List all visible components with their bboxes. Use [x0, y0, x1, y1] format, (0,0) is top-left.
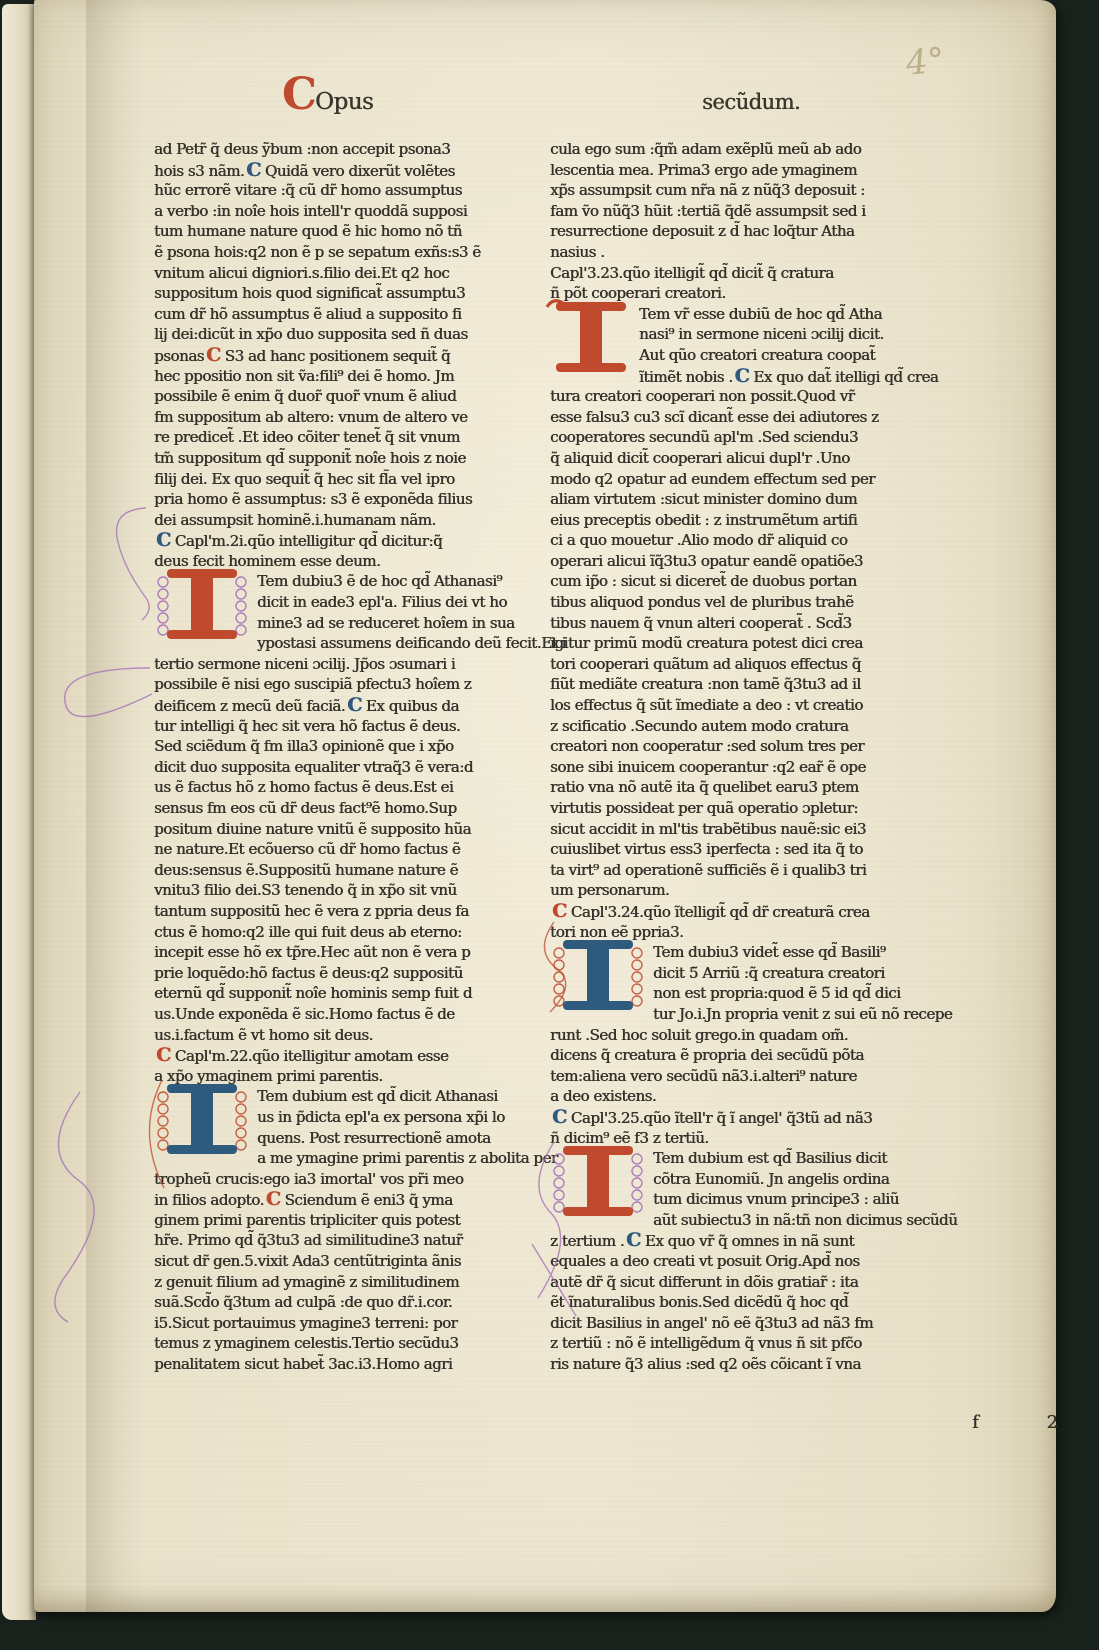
text-line: tibus aliquod pondus vel de pluribus tra…: [550, 592, 944, 613]
signature-number: 2: [1047, 1412, 1058, 1433]
text-line: dicens q̃ creatura ẽ propria dei secũdũ …: [550, 1045, 944, 1066]
text-line: ris nature q̃3 alius :sed q2 oẽs cõicant…: [550, 1354, 944, 1375]
decorated-initial-I: [550, 1148, 646, 1210]
text-line: z genuit filium ad ymaginẽ z similitudin…: [154, 1272, 548, 1293]
text-line: autẽ dr̃ q̃ sicut differunt in dõis grat…: [550, 1272, 944, 1293]
text-line: cooperatores secundũ apl'm .Sed sciendu3: [550, 427, 944, 448]
text-line: sensus fm eos cũ dr̃ deus fact⁹ẽ homo.Su…: [154, 798, 548, 819]
text-line: cuiuslibet virtus ess3 iperfecta : sed i…: [550, 839, 944, 860]
running-title-right: secũdum.: [702, 90, 800, 114]
text-line: tura creatori cooperari non possit.Quod …: [550, 386, 944, 407]
text-line: positum diuine nature vnitũ ẽ supposito …: [154, 819, 548, 840]
text-line: nasius .: [550, 242, 944, 263]
blue-paragraph-mark: C: [347, 694, 362, 716]
text-line: igitur primũ modũ creatura potest dici c…: [550, 633, 944, 654]
decorated-initial-I: [154, 1086, 250, 1148]
text-line: lij dei:dicũt in xp̃o duo supposita sed …: [154, 324, 548, 345]
text-line: eius preceptis obedit : z instrumẽtum ar…: [550, 510, 944, 531]
decorated-initial-I: [550, 942, 646, 1004]
running-title-left-text: Opus: [315, 89, 373, 115]
text-line: filij dei. Ex quo sequit̃ q̃ hec sit fl̃…: [154, 469, 548, 490]
text-line: fiũt mediãte creatura :non tamẽ q̃3tu3 a…: [550, 674, 944, 695]
text-line: incepit esse hõ ex tp̃re.Hec aũt non ẽ v…: [154, 942, 548, 963]
blue-paragraph-mark: C: [735, 365, 750, 387]
handwritten-folio-number: 4°: [904, 40, 947, 84]
text-line: i5.Sicut portauimus ymagine3 terreni: po…: [154, 1313, 548, 1334]
decorated-initial-I: [550, 304, 632, 366]
text-line: eternũ qd̃ supponit̃ noîe hominis semp f…: [154, 983, 548, 1004]
text-line: CCapl'm.22.qũo itelligitur amotam esse: [154, 1045, 548, 1066]
text-line: ginem primi parentis tripliciter quis po…: [154, 1210, 548, 1231]
text-line: fam ṽo nũq̃3 hũit :tertiã q̃dẽ assumpsit…: [550, 201, 944, 222]
text-line: CCapl'3.25.qũo ĩtell'r q̃ ĩ angel' q̃3tũ…: [550, 1107, 944, 1128]
text-line: lescentia mea. Prima3 ergo ade ymaginem: [550, 160, 944, 181]
text-line: modo q2 opatur ad eundem effectum sed pe…: [550, 469, 944, 490]
text-line: a deo existens.: [550, 1086, 944, 1107]
blue-paragraph-mark: C: [246, 159, 261, 181]
text-line: dei assumpsit hominẽ.i.humanam nãm.: [154, 510, 548, 531]
text-column-left: ad Petr̃ q̃ deus ỹbum :non accepit psona…: [154, 139, 548, 1375]
text-line: q̃ aliquid dicit̃ cooperari alicui dupl'…: [550, 448, 944, 469]
text-line: dicit Basilius in angel' nõ eẽ q̃3tu3 ad…: [550, 1313, 944, 1334]
text-line: operari alicui ĩq̃3tu3 opatur eandẽ opat…: [550, 551, 944, 572]
text-line: tantum suppositũ hec ẽ vera z ppria deus…: [154, 901, 548, 922]
text-line: z scificatio .Secundo autem modo cratura: [550, 716, 944, 737]
text-line: dicit duo supposita equaliter vtraq̃3 ẽ …: [154, 757, 548, 778]
text-column-right: cula ego sum :q̃m̃ adam exẽplũ meũ ab ad…: [550, 139, 944, 1375]
quire-signature: f 2: [972, 1412, 1058, 1433]
text-line: fm suppositum ab altero: vnum de altero …: [154, 407, 548, 428]
text-line: tem:aliena vero secũdũ nã3.i.alteri⁹ nat…: [550, 1066, 944, 1087]
text-line: cula ego sum :q̃m̃ adam exẽplũ meũ ab ad…: [550, 139, 944, 160]
text-line: virtutis possideat per quã operatio ɔple…: [550, 798, 944, 819]
text-line: penalitatem sicut habet̃ 3ac.i3.Homo agr…: [154, 1354, 548, 1375]
text-line: possibile ẽ nisi ego suscipiã pfectu3 ho…: [154, 674, 548, 695]
manuscript-page: COpus secũdum. 4° ad Petr̃ q̃ deus ỹbum …: [34, 0, 1056, 1612]
blue-paragraph-mark: C: [552, 1106, 567, 1128]
red-paragraph-mark: C: [266, 1188, 281, 1210]
text-line: tur intelligi q̃ hec sit vera hõ factus …: [154, 716, 548, 737]
text-line: CCapl'3.24.qũo ĩtelligit̃ qd̃ dr̃ creatu…: [550, 901, 944, 922]
text-line: us.i.factum ẽ vt homo sit deus.: [154, 1025, 548, 1046]
text-line: hec ppositio non sit ṽa:fili⁹ dei ẽ homo…: [154, 366, 548, 387]
text-line: hr̃e. Primo qd̃ q̃3tu3 ad similitudine3 …: [154, 1230, 548, 1251]
text-line: cum dr̃ hõ assumptus ẽ aliud a supposito…: [154, 304, 548, 325]
text-line: pria homo ẽ assumptus: s3 ẽ exponẽda fil…: [154, 489, 548, 510]
text-line: tropheũ crucis:ego ia3 imortal' vos pr̃i…: [154, 1169, 548, 1190]
text-line: um personarum.: [550, 880, 944, 901]
blue-paragraph-mark: C: [626, 1229, 641, 1251]
text-line: ratio vna nõ autẽ ita q̃ quelibet earu3 …: [550, 777, 944, 798]
text-line: tertio sermone niceni ɔcilij. Jp̃os ɔsum…: [154, 654, 548, 675]
text-line: sicut accidit in ml'tis trabẽtibus nauẽ:…: [550, 819, 944, 840]
text-line: aliam virtutem :sicut minister domino du…: [550, 489, 944, 510]
red-paragraph-mark: C: [552, 900, 567, 922]
text-line: tibus nauem q̃ vnun alteri cooperat̃ . S…: [550, 613, 944, 634]
decorated-initial-I: [154, 571, 250, 633]
text-line: CCapl'm.2i.qũo intelligitur qd̃ dicitur:…: [154, 530, 548, 551]
text-line: ci a quo mouetur .Alio modo dr̃ aliquid …: [550, 530, 944, 551]
text-line: Sed sciẽdum q̃ fm illa3 opinionẽ que i x…: [154, 736, 548, 757]
text-line: z tertiũ : nõ ẽ intelligẽdum q̃ vnus ñ s…: [550, 1333, 944, 1354]
text-line: vnitum alicui digniori.s.filio dei.Et q2…: [154, 263, 548, 284]
blue-paragraph-mark: C: [156, 529, 171, 551]
book-page-edges: [2, 4, 36, 1620]
text-line: hois s3 nãm.CQuidã vero dixerũt volẽtes: [154, 160, 548, 181]
text-line: equales a deo creati vt posuit Orig.Apd̃…: [550, 1251, 944, 1272]
text-line: z tertium .CEx quo vr̃ q̃ omnes in nã su…: [550, 1230, 944, 1251]
text-line: hũc errorẽ vitare :q̃ cũ dr̃ homo assump…: [154, 180, 548, 201]
rubricated-initial-c: C: [282, 69, 315, 120]
text-line: psonasCS3 ad hanc positionem sequit̃ q̃: [154, 345, 548, 366]
text-line: los effectus q̃ sũt ĩmediate a deo : vt …: [550, 695, 944, 716]
text-line: cum ip̃o : sicut si diceret̃ de duobus p…: [550, 571, 944, 592]
text-line: us.Unde exponẽda ẽ sic.Homo factus ẽ de: [154, 1004, 548, 1025]
text-line: us ẽ factus hõ z homo factus ẽ deus.Est …: [154, 777, 548, 798]
text-line: ẽt ĩnaturalibus bonis.Sed dicẽdũ q̃ hoc …: [550, 1292, 944, 1313]
running-title-left: COpus: [282, 78, 373, 115]
text-line: resurrectione deposuit z d̃ hac loq̃tur …: [550, 221, 944, 242]
text-line: suã.Scd̃o q̃3tum ad culpã :de quo dr̃.i.…: [154, 1292, 548, 1313]
text-line: prie loquẽdo:hõ factus ẽ deus:q2 supposi…: [154, 963, 548, 984]
text-line: xp̃s assumpsit cum nr̃a nã z nũq̃3 depos…: [550, 180, 944, 201]
text-line: sone sibi inuicem cooperantur :q2 ear̃ ẽ…: [550, 757, 944, 778]
text-line: tum humane nature quod ẽ hic homo nõ tñ: [154, 221, 548, 242]
text-line: creatori non cooperatur :sed solum tres …: [550, 736, 944, 757]
text-line: deificem z mecũ deũ faciã.CEx quibus da: [154, 695, 548, 716]
red-paragraph-mark: C: [156, 1044, 171, 1066]
signature-mark: f: [972, 1412, 979, 1433]
text-line: temus z ymaginem celestis.Tertio secũdu3: [154, 1333, 548, 1354]
text-line: ne nature.Et ecõuerso cũ dr̃ homo factus…: [154, 839, 548, 860]
text-line: runt .Sed hoc soluit grego.in quadam om̃…: [550, 1025, 944, 1046]
text-line: vnitu3 filio dei.S3 tenendo q̃ in xp̃o s…: [154, 880, 548, 901]
text-line: ad Petr̃ q̃ deus ỹbum :non accepit psona…: [154, 139, 548, 160]
text-line: ta virt⁹ ad operationẽ sufficiẽs ẽ i qua…: [550, 860, 944, 881]
text-line: sicut dr̃ gen.5.vixit Ada3 centũtriginta…: [154, 1251, 548, 1272]
text-line: suppositum hois quod significat̃ assumpt…: [154, 283, 548, 304]
text-line: esse falsu3 cu3 scĩ dicant̃ esse dei adi…: [550, 407, 944, 428]
text-line: ẽ psona hois:q2 non ẽ p se sepatum exñs:…: [154, 242, 548, 263]
text-line: possibile ẽ enim q̃ duor̃ quor̃ vnum ẽ a…: [154, 386, 548, 407]
text-line: a verbo :in noîe hois intell'r quoddã su…: [154, 201, 548, 222]
text-line: deus:sensus ẽ.Suppositũ humane nature ẽ: [154, 860, 548, 881]
text-line: ctus ẽ homo:q2 ille qui fuit deus ab ete…: [154, 922, 548, 943]
text-line: re predicet̃ .Et ideo cõiter tenet̃ q̃ s…: [154, 427, 548, 448]
text-line: Capl'3.23.qũo itelligit̃ qd̃ dicit̃ q̃ c…: [550, 263, 944, 284]
text-line: tm̃ suppositum qd̃ supponit̃ noîe hois z…: [154, 448, 548, 469]
red-paragraph-mark: C: [206, 344, 221, 366]
text-line: in filios adopto.CSciendum ẽ eni3 q̃ yma: [154, 1189, 548, 1210]
text-line: tori cooperari quãtum ad aliquos effectu…: [550, 654, 944, 675]
